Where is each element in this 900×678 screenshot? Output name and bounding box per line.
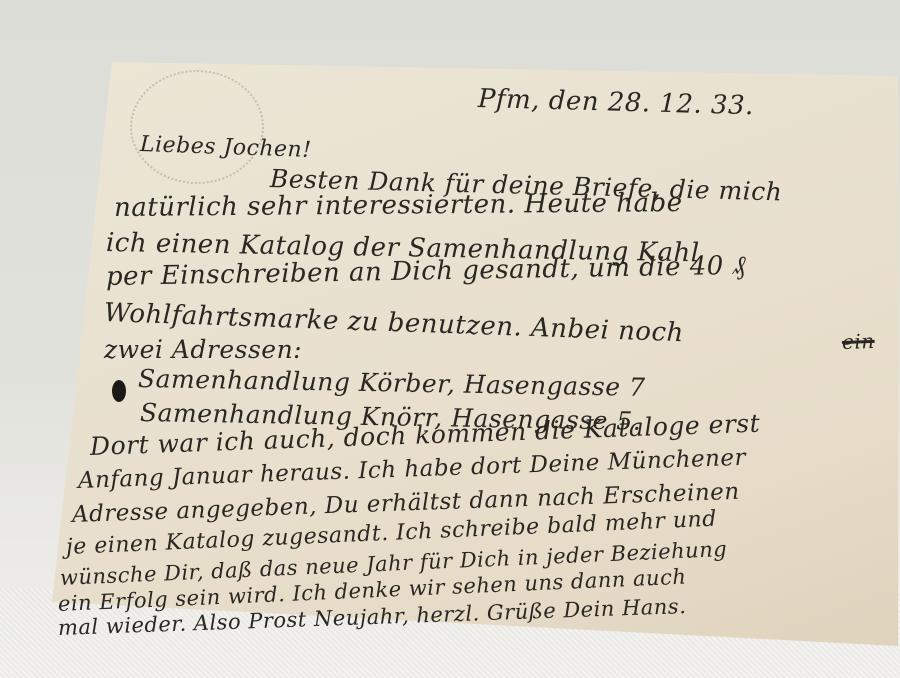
body-line-2: natürlich sehr interessierten. Heute hab… [114,188,683,223]
struck-word: ein [842,329,875,354]
faded-postmark [130,70,264,184]
ink-blot [112,380,126,402]
body-line-6: zwei Adressen: [104,335,302,364]
